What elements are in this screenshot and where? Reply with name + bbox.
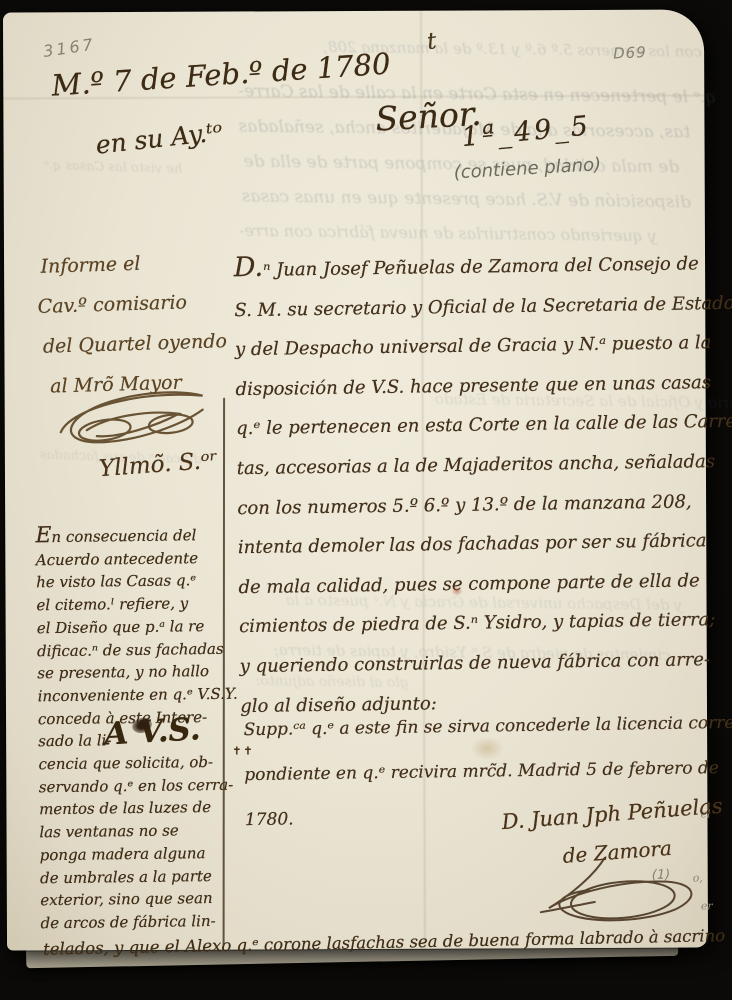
rubric-flourish — [53, 380, 223, 459]
manuscript-photo: q.ᵉ le pertenecen en esta Corte en la ca… — [0, 0, 732, 1000]
bleedthrough-line: disposición de V.S. hace presente que en… — [242, 187, 691, 213]
margin-decree-line: Cav.º comisario — [37, 281, 226, 327]
bleedthrough-layer: q.ᵉ le pertenecen en esta Corte en la ca… — [3, 9, 704, 12]
margin-report-line: el Diseño que p.ᵃ la re — [37, 614, 237, 639]
petition-line: tas, accesorias a la de Majaderitos anch… — [236, 442, 732, 489]
margin-report-line: ponga madera alguna — [40, 841, 240, 866]
petition-body: D.ⁿ Juan Josef Peñuelas de Zamora del Co… — [233, 241, 732, 727]
petition-line: y queriendo construirlas de nueva fábric… — [239, 640, 732, 687]
manuscript-page: q.ᵉ le pertenecen en esta Corte en la ca… — [3, 9, 708, 950]
margin-report-line: inconveniente en q.ᵉ V.S.Y. — [38, 683, 238, 708]
red-stain — [451, 587, 462, 596]
margin-report-line: cencia que solicita, ob- — [38, 751, 238, 776]
margin-report-line: el citemo.ˡ refiere, y — [36, 592, 236, 617]
check-mark: t — [426, 28, 438, 55]
corner-code: D69 — [613, 43, 647, 62]
signature-rubric — [535, 851, 710, 934]
bleedthrough-line: he visto las Casas q.ᵉ — [43, 158, 182, 177]
margin-report-line: dificac.ⁿ de sus fachadas — [37, 637, 237, 662]
margin-report-line: se presenta, y no hallo — [37, 660, 237, 685]
margin-report-line: de umbrales a la parte — [40, 864, 240, 889]
edge-fragments: elo,er — [3, 9, 704, 12]
margin-report-line: de arcos de fábrica lin- — [40, 910, 240, 935]
petition-line: D.ⁿ Juan Josef Peñuelas de Zamora del Co… — [233, 241, 732, 291]
paper-stain — [470, 736, 504, 760]
margin-report-line: servando q.ᵉ en los cerra- — [39, 773, 239, 798]
bleedthrough-line: y queriendo construirlas de nueva fábric… — [239, 221, 657, 245]
archive-number: 3167 — [42, 35, 97, 61]
margin-report-line: exterior, sino que sean — [40, 887, 240, 912]
margin-report-line: Acuerdo antecedente — [36, 546, 236, 571]
petition-line: intenta demoler las dos fachadas por ser… — [238, 521, 732, 568]
margin-report-line: las ventanas no se — [39, 819, 239, 844]
margin-decree-line: Informe el — [40, 241, 225, 287]
margin-report-line: mentos de las luzes de — [39, 796, 239, 821]
margin-report-line: En consecuencia del — [35, 523, 235, 549]
council-note: en su Ay.ᵗᵒ — [94, 117, 224, 160]
margin-report-line: he visto las Casas q.ᵉ — [36, 569, 236, 594]
appeal-avs: A V.S. — [103, 711, 201, 752]
margin-decree-line: del Quartel oyendo — [42, 321, 227, 367]
